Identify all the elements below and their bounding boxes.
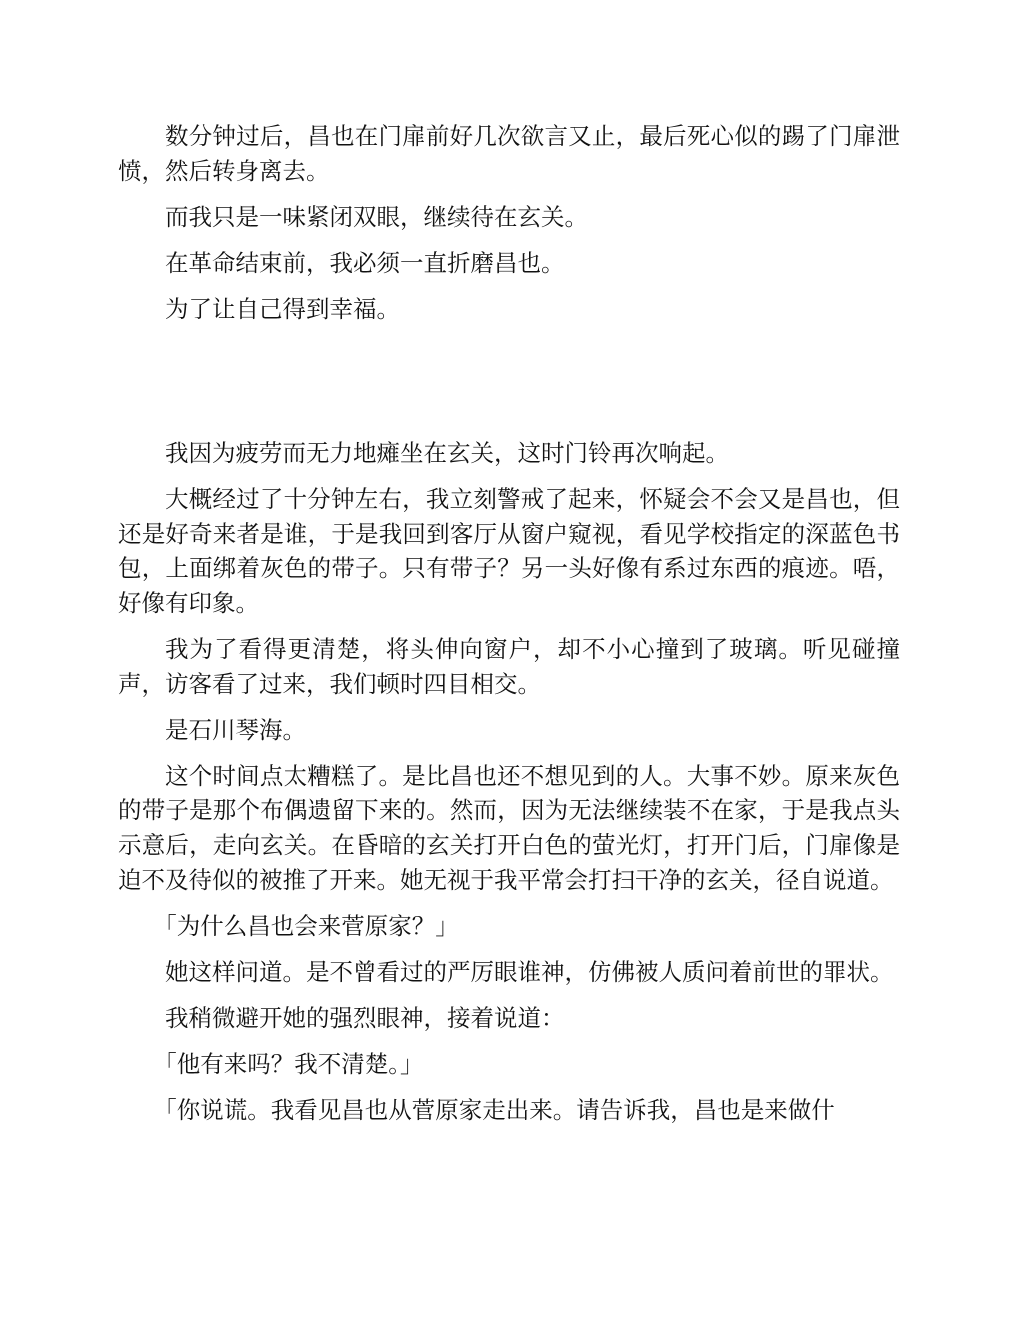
paragraph: 她这样问道。是不曾看过的严厉眼谁神，仿佛被人质问着前世的罪状。 [118, 955, 900, 990]
paragraph: 我因为疲劳而无力地瘫坐在玄关，这时门铃再次响起。 [118, 436, 900, 471]
paragraph: 是石川琴海。 [118, 713, 900, 748]
paragraph: 数分钟过后，昌也在门扉前好几次欲言又止，最后死心似的踢了门扉泄愤，然后转身离去。 [118, 119, 900, 188]
paragraph: 而我只是一味紧闭双眼，继续待在玄关。 [118, 200, 900, 235]
paragraph: 在革命结束前，我必须一直折磨昌也。 [118, 246, 900, 281]
paragraph: 我为了看得更清楚，将头伸向窗户，却不小心撞到了玻璃。听见碰撞声，访客看了过来，我… [118, 632, 900, 701]
document-page: 数分钟过后，昌也在门扉前好几次欲言又止，最后死心似的踢了门扉泄愤，然后转身离去。… [118, 119, 900, 1139]
dialogue-paragraph: 「为什么昌也会来菅原家？」 [118, 909, 900, 944]
dialogue-paragraph: 「你说谎。我看见昌也从菅原家走出来。请告诉我，昌也是来做什 [118, 1093, 900, 1128]
section-break [118, 338, 900, 436]
paragraph: 为了让自己得到幸福。 [118, 292, 900, 327]
paragraph: 这个时间点太糟糕了。是比昌也还不想见到的人。大事不妙。原来灰色的带子是那个布偶遗… [118, 759, 900, 897]
paragraph: 我稍微避开她的强烈眼神，接着说道： [118, 1001, 900, 1036]
paragraph: 大概经过了十分钟左右，我立刻警戒了起来，怀疑会不会又是昌也，但还是好奇来者是谁，… [118, 482, 900, 620]
dialogue-paragraph: 「他有来吗？我不清楚。」 [118, 1047, 900, 1082]
